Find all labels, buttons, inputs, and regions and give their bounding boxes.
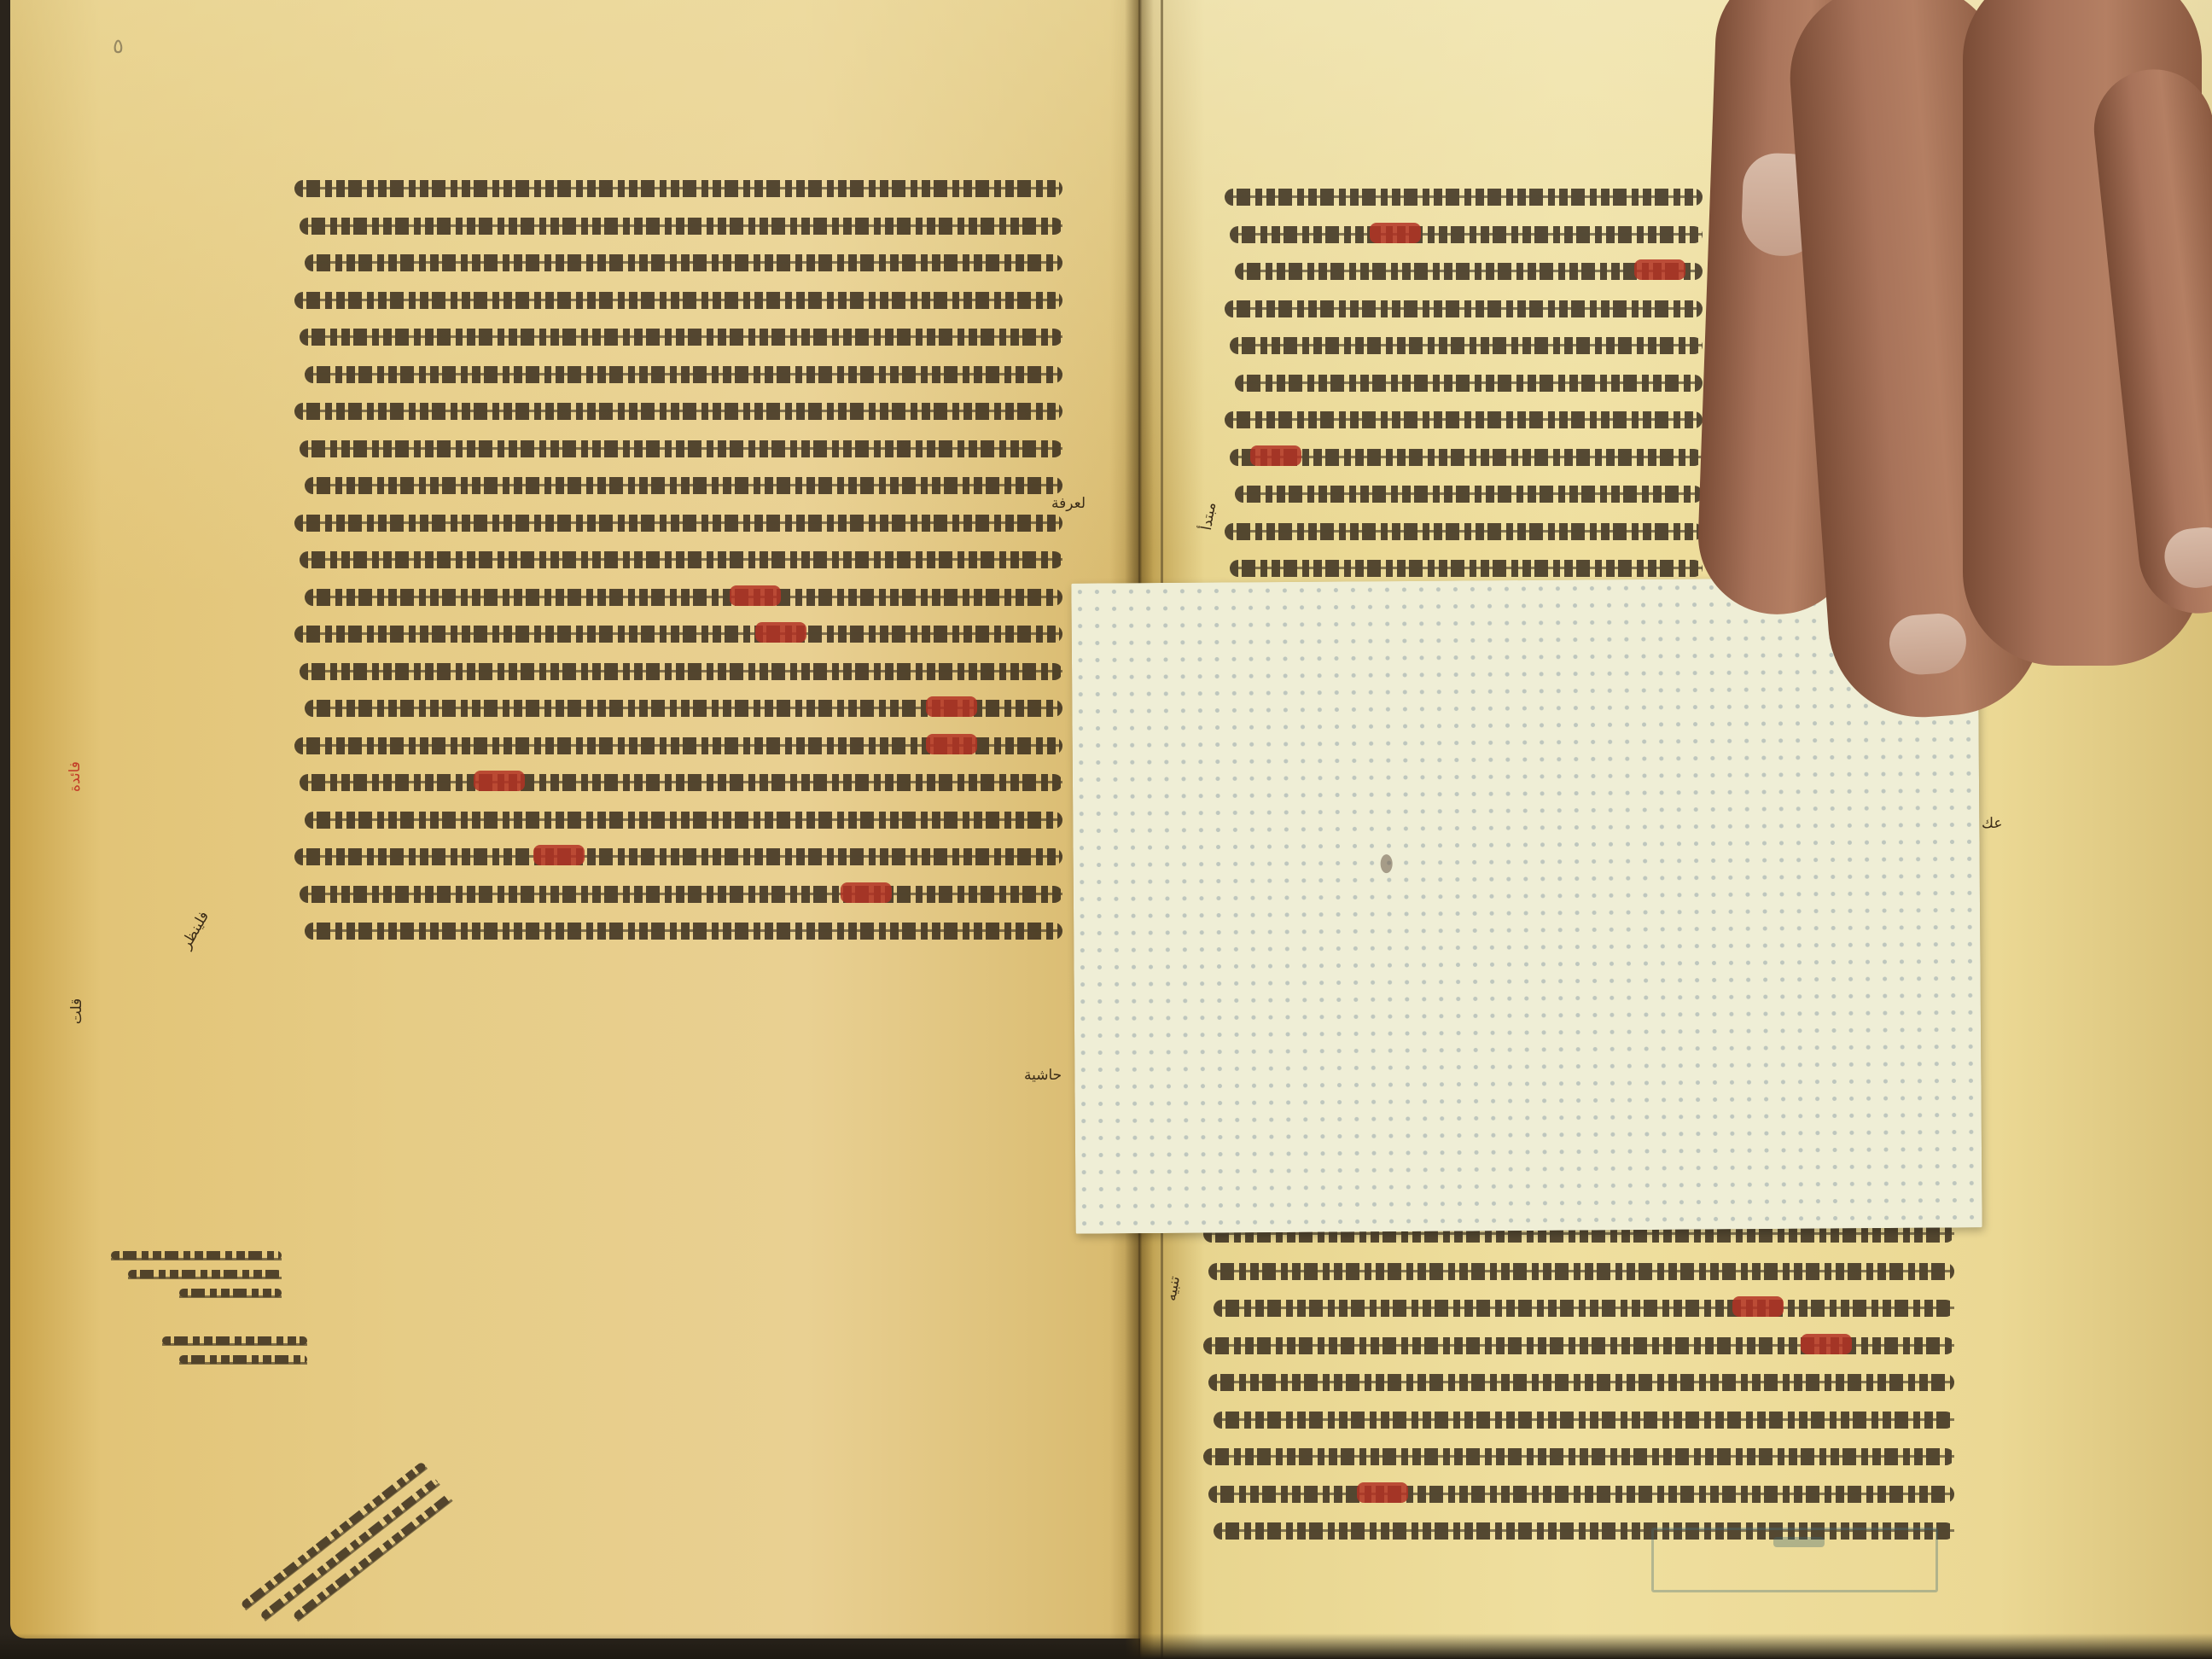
manuscript-line (294, 584, 1062, 608)
table-shadow (0, 1633, 2212, 1659)
manuscript-line (1190, 258, 1703, 282)
rubric-word (1732, 1296, 1784, 1317)
manuscript-line (294, 917, 1062, 942)
manuscript-line (1190, 332, 1703, 357)
manuscript-line (1190, 370, 1703, 394)
right-page-text-bottom (1186, 1220, 1954, 1555)
manuscript-line (294, 323, 1062, 348)
rubric-word (1250, 445, 1301, 466)
rubric-word (730, 585, 781, 606)
margin-note: عك (1982, 815, 2002, 832)
manuscript-line (1190, 295, 1703, 320)
manuscript-line (294, 806, 1062, 831)
manuscript-line (1186, 1332, 1954, 1357)
rubric-word (1801, 1334, 1852, 1354)
manuscript-line (294, 435, 1062, 460)
rubric-word (755, 622, 806, 643)
rubric-word (926, 734, 977, 754)
manuscript-line (294, 843, 1062, 868)
manuscript-photo: ٥ لعرفة فائدة قلت فلينظر حاشية مبتدأ تنب… (0, 0, 2212, 1659)
marginal-annotation (137, 1331, 307, 1369)
manuscript-line (294, 732, 1062, 757)
manuscript-line (294, 212, 1062, 237)
manuscript-line (1190, 518, 1703, 543)
folio-number: ٥ (113, 34, 124, 58)
manuscript-line (294, 249, 1062, 274)
rubric-word (1357, 1482, 1408, 1503)
manuscript-line (294, 361, 1062, 386)
hand (1707, 0, 2212, 734)
manuscript-line (294, 175, 1062, 200)
manuscript-line (294, 398, 1062, 422)
manuscript-line (1190, 555, 1703, 579)
manuscript-line (294, 620, 1062, 645)
manuscript-line (1186, 1295, 1954, 1319)
manuscript-line (1190, 480, 1703, 505)
manuscript-line (1190, 444, 1703, 469)
manuscript-line (1190, 221, 1703, 246)
margin-note: لعرفة (1051, 495, 1086, 512)
manuscript-line (294, 769, 1062, 794)
manuscript-line (1190, 183, 1703, 208)
manuscript-line (294, 287, 1062, 311)
manuscript-line (1186, 1406, 1954, 1431)
stain (1381, 854, 1393, 873)
margin-note-red: فائدة (67, 761, 84, 792)
margin-note: حاشية (1024, 1067, 1062, 1084)
library-stamp (1651, 1528, 1938, 1592)
manuscript-line (294, 658, 1062, 683)
manuscript-line (1186, 1369, 1954, 1394)
manuscript-line (294, 472, 1062, 497)
rubric-word (533, 845, 585, 865)
rubric-word (841, 882, 892, 903)
left-page-text (294, 175, 1062, 955)
rubric-word (926, 696, 977, 717)
manuscript-line (294, 546, 1062, 571)
manuscript-line (1190, 406, 1703, 431)
manuscript-line (1186, 1443, 1954, 1468)
rubric-word (1634, 259, 1685, 280)
rubric-word (474, 771, 525, 791)
manuscript-line (1186, 1258, 1954, 1283)
rubric-word (1370, 223, 1421, 243)
manuscript-line (1186, 1481, 1954, 1505)
manuscript-line (294, 695, 1062, 719)
manuscript-line (294, 881, 1062, 905)
margin-note: قلت (68, 998, 85, 1024)
manuscript-line (294, 509, 1062, 534)
marginal-annotation (94, 1246, 282, 1302)
